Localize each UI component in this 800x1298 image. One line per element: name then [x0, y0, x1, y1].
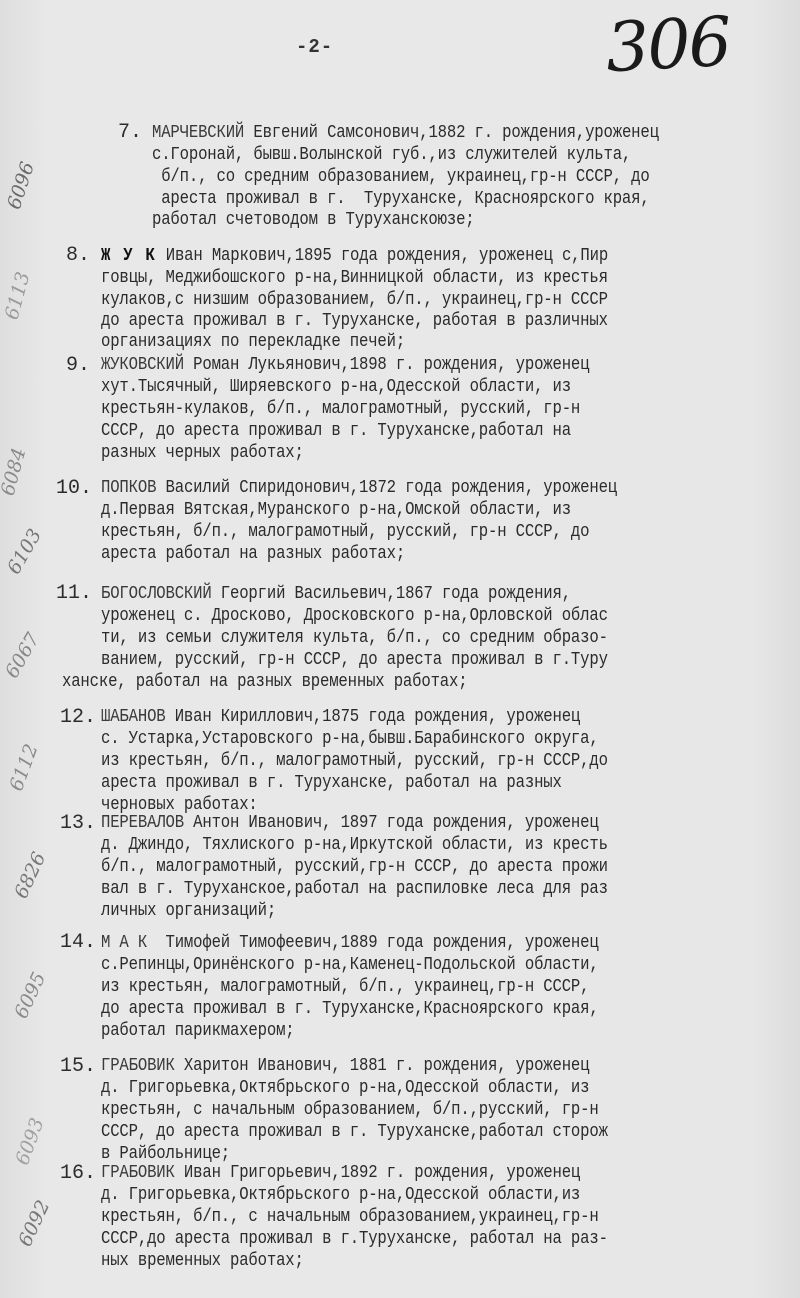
entry-line: организациях по перекладке печей;: [101, 331, 405, 353]
margin-note: 6084: [0, 446, 31, 498]
entry-line: до ареста проживал в г. Туруханске, рабо…: [101, 310, 608, 332]
margin-note: 6093: [11, 1115, 48, 1168]
entry-surname: ГРАБОВИК: [101, 1056, 175, 1076]
entry-line: личных организаций;: [101, 900, 276, 922]
entry-line: ГРАБОВИК Иван Григорьевич,1892 г. рожден…: [101, 1162, 580, 1184]
entry-line: ЖУКОВСКИЙ Роман Лукьянович,1898 г. рожде…: [101, 354, 589, 376]
entry-line: с.Горонай, бывш.Волынской губ.,из служит…: [152, 144, 631, 166]
margin-note: 6112: [5, 741, 42, 794]
entry-number: 9.: [66, 354, 90, 377]
entry-line: б/п., малограмотный, русский,гр-н СССР, …: [101, 856, 608, 878]
entry-line: ти, из семьи служителя культа, б/п., со …: [101, 627, 608, 649]
entry-line: уроженец с. Дросково, Дросковского р-на,…: [101, 605, 608, 627]
entry-surname: ГРАБОВИК: [101, 1163, 175, 1183]
entry-line: БОГОСЛОВСКИЙ Георгий Васильевич,1867 год…: [101, 583, 571, 605]
entry-line: СССР, до ареста проживал в г. Туруханске…: [101, 1121, 608, 1143]
entry-line: б/п., со средним образованием, украинец,…: [152, 166, 650, 188]
entry-line: д. Григорьевка,Октябрьского р-на,Одесско…: [101, 1077, 589, 1099]
margin-note: 6095: [10, 969, 50, 1022]
entry-line: разных черных работах;: [101, 442, 304, 464]
entry-line: до ареста проживал в г. Туруханске,Красн…: [101, 998, 599, 1020]
entry-surname: МАРЧЕВСКИЙ: [152, 123, 244, 143]
entry-number: 10.: [56, 477, 92, 500]
entry-number: 12.: [60, 706, 96, 729]
entry-line: из крестьян, малограмотный, б/п., украин…: [101, 976, 589, 998]
entry-line: говцы, Меджибошского р-на,Винницкой обла…: [101, 267, 608, 289]
entry-line: МАРЧЕВСКИЙ Евгений Самсонович,1882 г. ро…: [152, 122, 659, 144]
document-page: -2- 306 7. МАРЧЕВСКИЙ Евгений Самсонович…: [0, 0, 800, 1298]
entry-line: д. Григорьевка,Октябрьского р-на,Одесско…: [101, 1184, 580, 1206]
entry-line: ных временных работах;: [101, 1250, 304, 1272]
entry-surname: ШАБАНОВ: [101, 707, 166, 727]
entry-number: 8.: [66, 244, 90, 267]
entry-line: работал парикмахером;: [101, 1020, 295, 1042]
entry-line: ШАБАНОВ Иван Кириллович,1875 года рожден…: [101, 706, 580, 728]
entry-line: ПОПКОВ Василий Спиридонович,1872 года ро…: [101, 477, 617, 499]
margin-note: 6067: [1, 629, 44, 682]
entry-line: ареста работал на разных работах;: [101, 543, 405, 565]
entry-line: Ж У К Иван Маркович,1895 года рождения, …: [101, 245, 608, 267]
entry-line: кулаков,с низшим образованием, б/п., укр…: [101, 289, 608, 311]
margin-note: 6113: [1, 270, 35, 322]
entry-line: ареста проживал в г. Туруханске, Красноя…: [152, 188, 650, 210]
entry-surname: Ж У К: [101, 246, 157, 266]
entry-surname: М А К: [101, 933, 147, 953]
entry-line: ванием, русский, гр-н СССР, до ареста пр…: [101, 649, 608, 671]
entry-line: ПЕРЕВАЛОВ Антон Иванович, 1897 года рожд…: [101, 812, 599, 834]
entry-line: крестьян, б/п., с начальным образованием…: [101, 1206, 599, 1228]
entry-number: 16.: [60, 1162, 96, 1185]
margin-note: 6826: [10, 849, 50, 902]
entry-surname: ПЕРЕВАЛОВ: [101, 813, 184, 833]
entry-line: ареста проживал в г. Туруханске, работал…: [101, 772, 562, 794]
entry-number: 14.: [60, 931, 96, 954]
entry-number: 11.: [56, 582, 92, 605]
entry-line: крестьян-кулаков, б/п., малограмотный, р…: [101, 398, 580, 420]
entry-surname: ЖУКОВСКИЙ: [101, 355, 184, 375]
entry-line: работал счетоводом в Туруханскоюзе;: [152, 209, 475, 231]
entry-line: из крестьян, б/п., малограмотный, русски…: [101, 750, 608, 772]
entry-line: ГРАБОВИК Харитон Иванович, 1881 г. рожде…: [101, 1055, 589, 1077]
entry-line: СССР,до ареста проживал в г.Туруханске, …: [101, 1228, 608, 1250]
entry-line: крестьян, б/п., малограмотный, русский, …: [101, 521, 589, 543]
archive-sheet-number: 306: [604, 3, 732, 88]
page-number: -2-: [296, 36, 333, 58]
entry-number: 7.: [118, 121, 142, 144]
margin-note: 6103: [3, 525, 46, 578]
entry-line: хут.Тысячный, Ширяевского р-на,Одесской …: [101, 376, 571, 398]
entry-line: М А К Тимофей Тимофеевич,1889 года рожде…: [101, 932, 599, 954]
entry-number: 15.: [60, 1055, 96, 1078]
entry-surname: ПОПКОВ: [101, 478, 156, 498]
entry-line: крестьян, с начальным образованием, б/п.…: [101, 1099, 599, 1121]
entry-line: д. Джиндо, Тяхлиского р-на,Иркутской обл…: [101, 834, 608, 856]
entry-number: 13.: [60, 812, 96, 835]
entry-line: с.Репинцы,Оринёнского р-на,Каменец-Подол…: [101, 954, 599, 976]
entry-line: ханске, работал на разных временных рабо…: [62, 671, 467, 693]
entry-line: вал в г. Туруханское,работал на распилов…: [101, 878, 608, 900]
margin-note: 6096: [3, 159, 39, 212]
entry-surname: БОГОСЛОВСКИЙ: [101, 584, 212, 604]
entry-line: д.Первая Вятская,Муранского р-на,Омской …: [101, 499, 571, 521]
margin-note: 6092: [14, 1197, 54, 1250]
entry-line: СССР, до ареста проживал в г. Туруханске…: [101, 420, 571, 442]
entry-line: с. Устарка,Устаровского р-на,бывш.Бараби…: [101, 728, 599, 750]
